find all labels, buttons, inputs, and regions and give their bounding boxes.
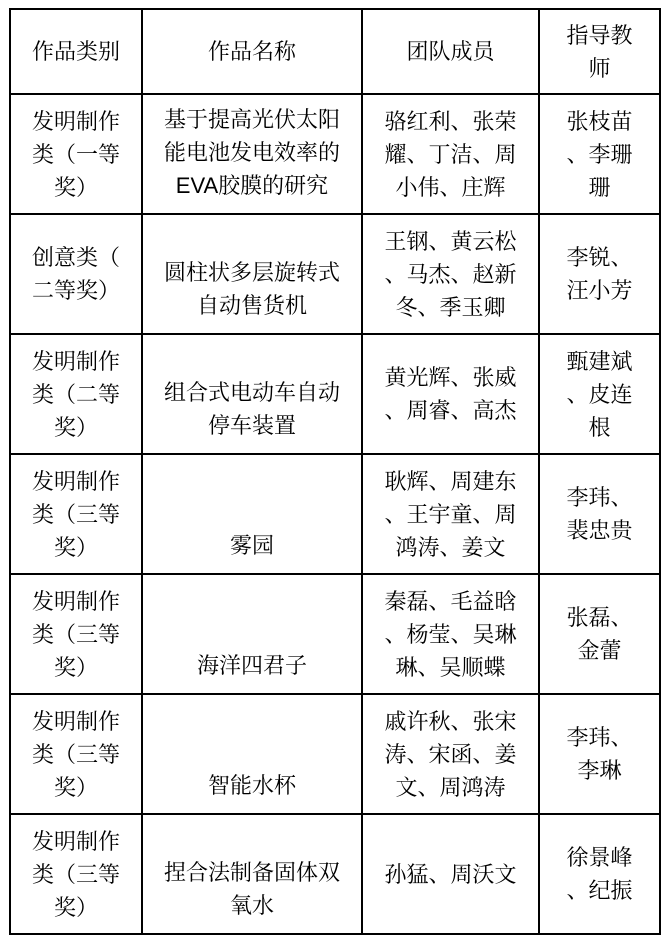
cell-category: 发明制作类（二等奖） [10, 334, 142, 454]
cell-work-name: 捏合法制备固体双氧水 [142, 814, 362, 934]
table-row: 发明制作类（二等奖） 组合式电动车自动停车装置 黄光辉、张威、周睿、高杰 甄建斌… [10, 334, 660, 454]
cell-team-members: 骆红利、张荣耀、丁洁、周小伟、庄辉 [362, 94, 539, 214]
cell-category: 发明制作类（一等奖） [10, 94, 142, 214]
table-row: 发明制作类（三等奖） 雾园 耿辉、周建东、王宇童、周鸿涛、姜文 李玮、裴忠贵 [10, 454, 660, 574]
cell-category: 发明制作类（三等奖） [10, 454, 142, 574]
cell-work-name: 雾园 [142, 454, 362, 574]
cell-work-name: 基于提高光伏太阳能电池发电效率的EVA胶膜的研究 [142, 94, 362, 214]
table-row: 发明制作类（三等奖） 智能水杯 戚许秋、张宋涛、宋函、姜文、周鸿涛 李玮、李琳 [10, 694, 660, 814]
cell-category: 创意类（二等奖） [10, 214, 142, 334]
table-row: 发明制作类（一等奖） 基于提高光伏太阳能电池发电效率的EVA胶膜的研究 骆红利、… [10, 94, 660, 214]
cell-advisors: 张枝苗、李珊珊 [539, 94, 660, 214]
cell-category: 发明制作类（三等奖） [10, 694, 142, 814]
cell-advisors: 李玮、李琳 [539, 694, 660, 814]
cell-advisors: 张磊、金蕾 [539, 574, 660, 694]
cell-advisors: 甄建斌、皮连根 [539, 334, 660, 454]
cell-work-name: 组合式电动车自动停车装置 [142, 334, 362, 454]
cell-team-members: 王钢、黄云松、马杰、赵新冬、季玉卿 [362, 214, 539, 334]
header-row: 作品类别 作品名称 团队成员 指导教师 [10, 9, 660, 94]
cell-category: 发明制作类（三等奖） [10, 814, 142, 934]
table-row: 创意类（二等奖） 圆柱状多层旋转式自动售货机 王钢、黄云松、马杰、赵新冬、季玉卿… [10, 214, 660, 334]
cell-advisors: 李玮、裴忠贵 [539, 454, 660, 574]
cell-work-name: 智能水杯 [142, 694, 362, 814]
cell-team-members: 秦磊、毛益晗、杨莹、吴琳琳、吴顺蝶 [362, 574, 539, 694]
cell-advisors: 李锐、汪小芳 [539, 214, 660, 334]
cell-work-name: 圆柱状多层旋转式自动售货机 [142, 214, 362, 334]
table-row: 发明制作类（三等奖） 海洋四君子 秦磊、毛益晗、杨莹、吴琳琳、吴顺蝶 张磊、金蕾 [10, 574, 660, 694]
cell-category: 发明制作类（三等奖） [10, 574, 142, 694]
column-header-work-name: 作品名称 [142, 9, 362, 94]
column-header-advisors: 指导教师 [539, 9, 660, 94]
cell-advisors: 徐景峰、纪振 [539, 814, 660, 934]
table-row: 发明制作类（三等奖） 捏合法制备固体双氧水 孙猛、周沃文 徐景峰、纪振 [10, 814, 660, 934]
cell-work-name: 海洋四君子 [142, 574, 362, 694]
document-page: 作品类别 作品名称 团队成员 指导教师 发明制作类（一等奖） 基于提高光伏太阳能… [0, 0, 668, 936]
cell-team-members: 戚许秋、张宋涛、宋函、姜文、周鸿涛 [362, 694, 539, 814]
cell-team-members: 耿辉、周建东、王宇童、周鸿涛、姜文 [362, 454, 539, 574]
column-header-category: 作品类别 [10, 9, 142, 94]
awards-table: 作品类别 作品名称 团队成员 指导教师 发明制作类（一等奖） 基于提高光伏太阳能… [9, 8, 661, 935]
cell-team-members: 黄光辉、张威、周睿、高杰 [362, 334, 539, 454]
column-header-team-members: 团队成员 [362, 9, 539, 94]
cell-team-members: 孙猛、周沃文 [362, 814, 539, 934]
